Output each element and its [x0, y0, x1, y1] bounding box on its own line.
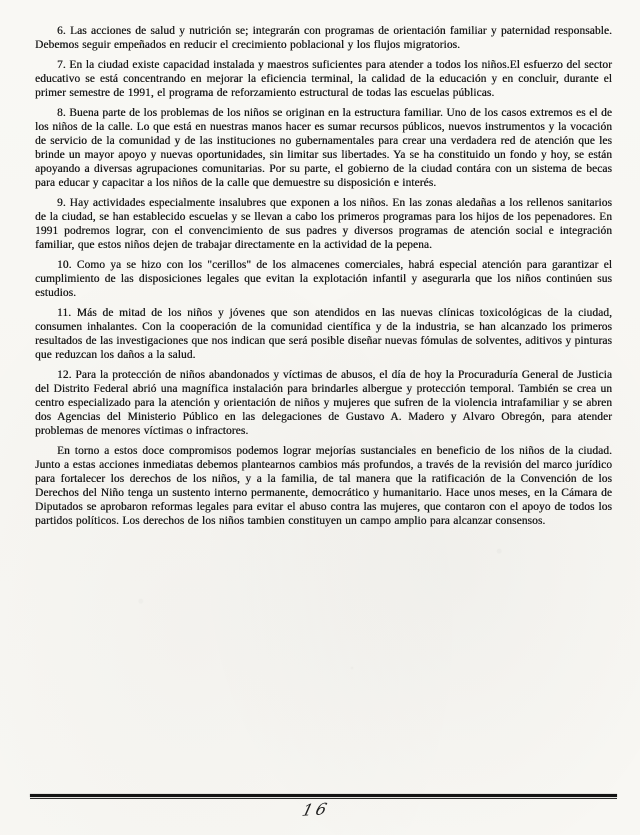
paragraph-10: 10. Como ya se hizo con los "cerillos" d… [35, 258, 612, 300]
footer-rule [30, 794, 617, 799]
paragraph-9: 9. Hay actividades especialmente insalub… [35, 196, 612, 252]
scanned-document-page: 6. Las acciones de salud y nutrición se;… [0, 0, 640, 835]
footer-rule-thick-line [30, 794, 617, 797]
paragraph-8: 8. Buena parte de los problemas de los n… [35, 106, 612, 190]
paragraph-11: 11. Más de mitad de los niños y jóvenes … [35, 306, 612, 362]
paragraph-12: 12. Para la protección de niños abandona… [35, 368, 612, 438]
paragraph-6: 6. Las acciones de salud y nutrición se;… [35, 24, 612, 52]
handwritten-page-number: 16 [293, 799, 339, 821]
paragraph-7: 7. En la ciudad existe capacidad instala… [35, 58, 612, 100]
closing-paragraph: En torno a estos doce compromisos podemo… [35, 444, 612, 528]
body-text: 6. Las acciones de salud y nutrición se;… [35, 24, 612, 534]
